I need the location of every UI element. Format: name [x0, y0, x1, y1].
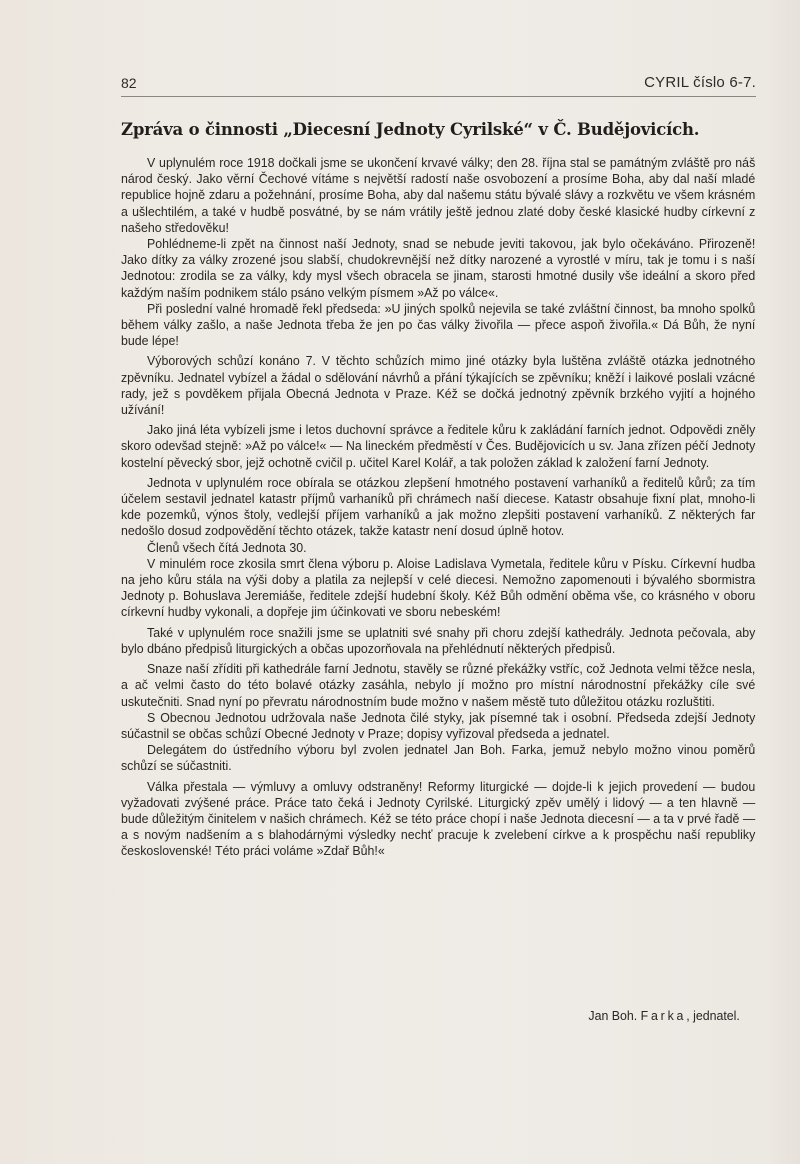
- paragraph: V minulém roce zkosila smrt člena výboru…: [121, 556, 755, 621]
- article-body: V uplynulém roce 1918 dočkali jsme se uk…: [121, 155, 711, 860]
- paragraph: Výborových schůzí konáno 7. V těchto sch…: [121, 353, 755, 418]
- paragraph: Snaze naší zříditi při kathedrále farní …: [121, 661, 755, 710]
- paragraph: Jednota v uplynulém roce obírala se otáz…: [121, 475, 755, 540]
- page-number: 82: [121, 75, 137, 91]
- paragraph: Při poslední valné hromadě řekl předseda…: [121, 301, 755, 350]
- signature-suffix: , jednatel.: [686, 1008, 740, 1023]
- article-title: Zpráva o činnosti „Diecesní Jednoty Cyri…: [121, 120, 761, 139]
- paragraph: S Obecnou Jednotou udržovala naše Jednot…: [121, 710, 755, 742]
- paragraph: Pohlédneme-li zpět na činnost naší Jedno…: [121, 236, 755, 301]
- signature: Jan Boh. Farka, jednatel.: [589, 1008, 740, 1023]
- paragraph: Delegátem do ústředního výboru byl zvole…: [121, 742, 755, 774]
- paragraph: Členů všech čítá Jednota 30.: [121, 540, 755, 556]
- signature-name: Farka: [641, 1008, 687, 1023]
- page-header: 82 CYRIL číslo 6-7.: [121, 72, 756, 97]
- signature-prefix: Jan Boh.: [589, 1008, 638, 1023]
- paragraph: Válka přestala — výmluvy a omluvy odstra…: [121, 779, 755, 860]
- paragraph: Jako jiná léta vybízeli jsme i letos duc…: [121, 422, 755, 471]
- paragraph: V uplynulém roce 1918 dočkali jsme se uk…: [121, 155, 755, 236]
- paragraph: Také v uplynulém roce snažili jsme se up…: [121, 625, 755, 657]
- document-page: 82 CYRIL číslo 6-7. Zpráva o činnosti „D…: [0, 0, 800, 1164]
- running-head: CYRIL číslo 6-7.: [644, 74, 756, 91]
